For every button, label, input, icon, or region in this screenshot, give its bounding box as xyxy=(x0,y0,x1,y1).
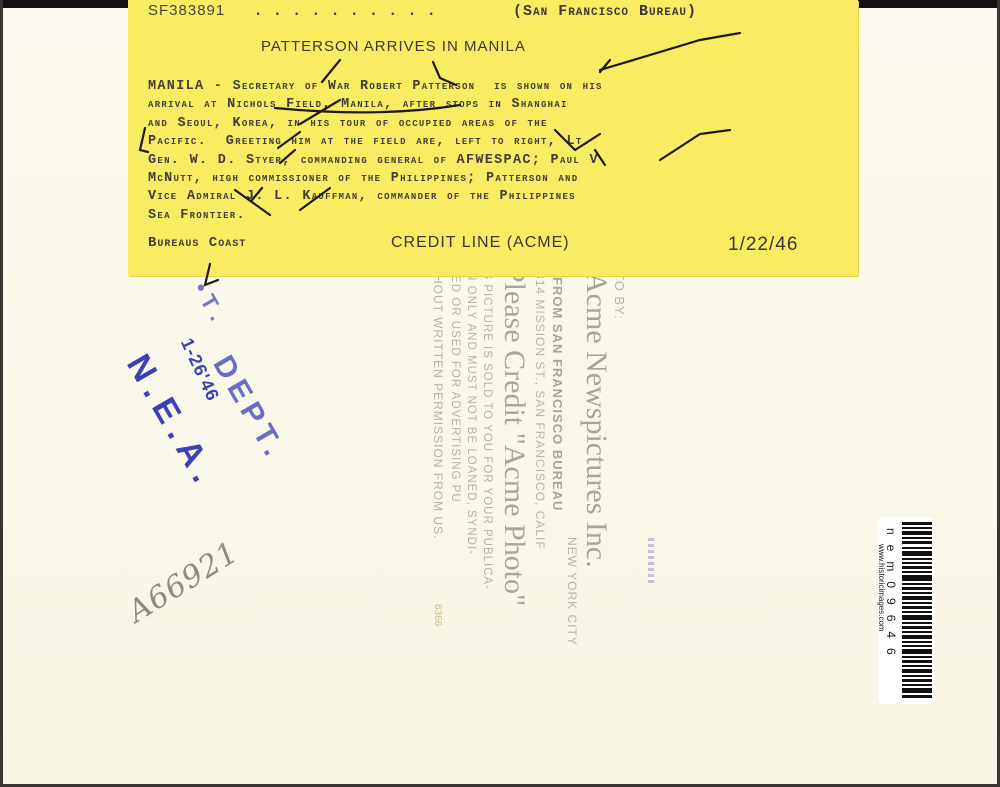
caption-line: Sea Frontier. xyxy=(148,207,838,225)
caption-body: MANILA - Secretary of War Robert Patters… xyxy=(148,78,838,225)
stamp-line: THIS PICTURE IS SOLD TO YOU FOR YOUR PUB… xyxy=(481,250,493,590)
bureau-label: (San Francisco Bureau) xyxy=(513,3,697,20)
stamp-line: WITHOUT WRITTEN PERMISSION FROM US. xyxy=(431,250,445,539)
stamp-number: 6366 xyxy=(432,604,443,626)
stamp-line: CATED OR USED FOR ADVERTISING PU xyxy=(449,250,461,503)
barcode-code: nem09646 xyxy=(884,528,898,665)
barcode-website: www.historicimages.com xyxy=(877,544,886,632)
footer-bureaus: Bureaus Coast xyxy=(148,235,246,251)
caption-date: 1/22/46 xyxy=(728,234,798,256)
stamp-line: TO BY: xyxy=(612,272,627,320)
caption-line: Pacific. Greeting him at the field are, … xyxy=(148,133,838,151)
caption-line: MANILA - Secretary of War Robert Patters… xyxy=(148,78,838,96)
stamp-dept: DEPT. xyxy=(206,350,293,467)
caption-line: arrival at Nichols Field, Manila, after … xyxy=(148,96,838,114)
stamp-line: TION ONLY AND MUST NOT BE LOANED, SYNDI- xyxy=(465,250,477,555)
stamp-credit: Please Credit "Acme Photo" xyxy=(497,266,531,606)
caption-line: and Seoul, Korea, in his tour of occupie… xyxy=(148,115,838,133)
dot-leader: .......... xyxy=(253,0,445,20)
caption-slip: SF383891 .......... (San Francisco Burea… xyxy=(128,0,858,276)
barcode-icon xyxy=(902,522,932,700)
left-border xyxy=(0,0,3,787)
credit-line: CREDIT LINE (ACME) xyxy=(391,234,570,252)
barcode-text: nem09646 www.historicimages.com xyxy=(880,522,900,700)
acme-newspictures-stamp: TO BY: Acme Newspictures Inc. NEW YORK C… xyxy=(395,272,635,672)
stamp-line: NEW YORK CITY xyxy=(565,537,579,646)
stamp-bureau: FROM SAN FRANCISCO BUREAU xyxy=(550,277,565,511)
ink-smudge xyxy=(648,538,654,584)
barcode-label: nem09646 www.historicimages.com xyxy=(878,518,934,704)
stamp-address: 314 MISSION ST., SAN FRANCISCO, CALIF xyxy=(533,272,547,550)
serial-number: SF383891 xyxy=(148,2,225,19)
nea-received-stamp: • T . DEPT. 1-26'46 N.E.A. xyxy=(140,300,350,490)
caption-line: Gen. W. D. Styer, commanding general of … xyxy=(148,152,838,170)
caption-line: Vice Admiral J. L. Kauffman, commander o… xyxy=(148,188,838,206)
headline: PATTERSON ARRIVES IN MANILA xyxy=(261,38,526,55)
caption-line: McNutt, high commissioner of the Philipp… xyxy=(148,170,838,188)
stamp-company-name: Acme Newspictures Inc. xyxy=(579,272,613,568)
